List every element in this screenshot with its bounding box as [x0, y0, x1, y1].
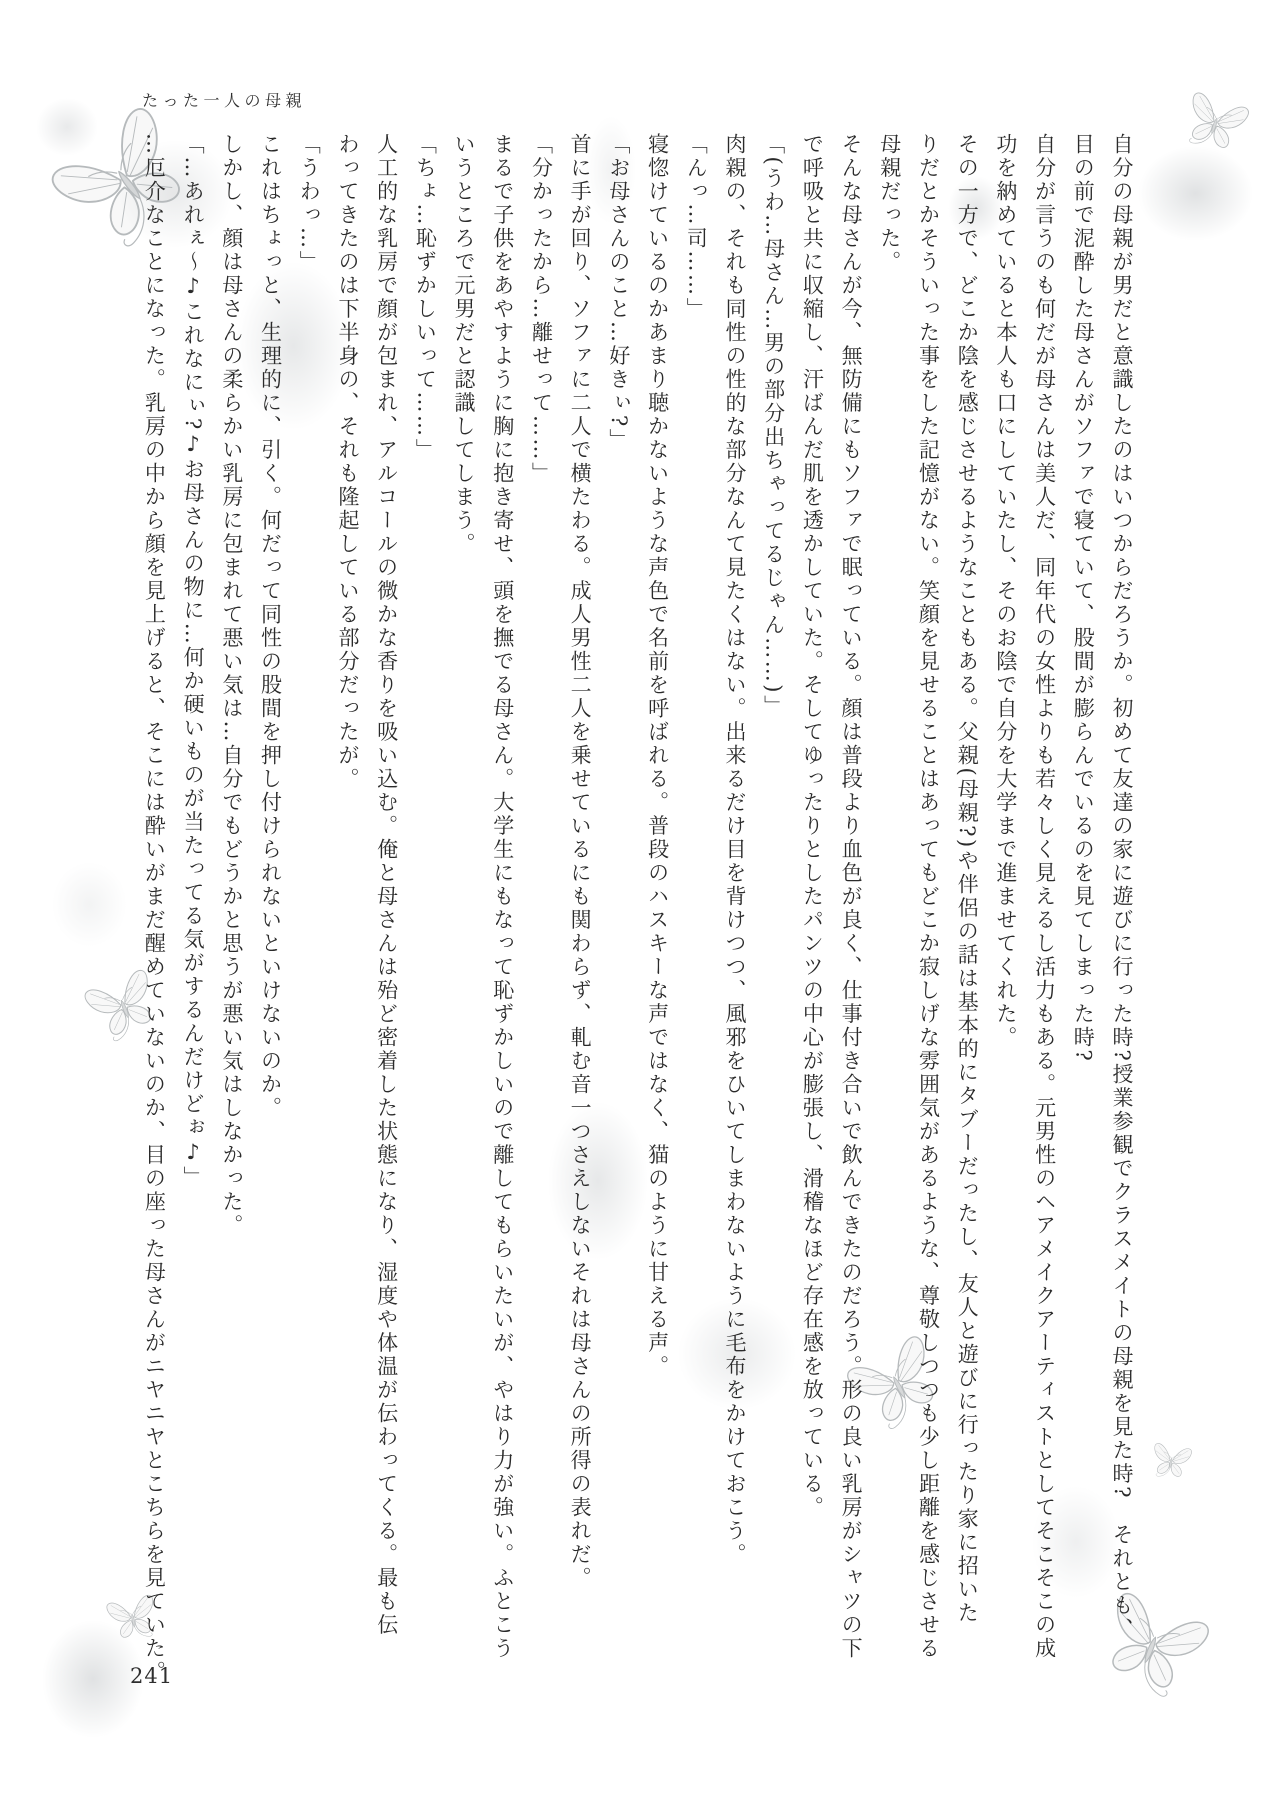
blur-spot: [1138, 146, 1253, 241]
text-column-3: 自分が言うのも何だが母さんは美人だ、同年代の女性よりも若々しく見えるし活力もある…: [1025, 133, 1064, 1678]
blur-spot: [42, 1620, 144, 1738]
text-column-21: わってきたのは下半身の、それも隆起している部分だったが。: [328, 133, 367, 1678]
butterfly-icon: [1172, 76, 1258, 172]
text-column-12: 「んっ…司……」: [677, 133, 716, 1678]
text-column-6: りだとかそういった事をした記憶がない。笑顔を見せることはあってもどこか寂しげな雰…: [909, 133, 948, 1678]
text-column-14: 「お母さんのこと…好きぃ?」: [599, 133, 638, 1678]
text-column-4: 功を納めていると本人も口にしていたし、そのお陰で自分を大学まで進ませてくれた。: [986, 133, 1025, 1678]
text-column-8: そんな母さんが今、無防備にもソファで眠っている。顔は普段より血色が良く、仕事付き…: [831, 133, 870, 1678]
text-column-22: 「うわっ…」: [290, 133, 329, 1678]
text-column-19: 「ちょ…恥ずかしいって……」: [406, 133, 445, 1678]
text-column-10: 「(うわ…母さん…男の部分出ちゃってるじゃん……)」: [754, 133, 793, 1678]
text-column-16: 「分かったから…離せって……」: [522, 133, 561, 1678]
book-page: たった一人の母親 自分の母親が男だと意識したのはいつからだろうか。初めて友達の家…: [0, 0, 1280, 1808]
running-header: たった一人の母親: [142, 88, 306, 111]
text-column-20: 人工的な乳房で顔が包まれ、アルコールの微かな香りを吸い込む。俺と母さんは殆ど密着…: [367, 133, 406, 1678]
text-column-24: しかし、顔は母さんの柔らかい乳房に包まれて悪い気は…自分でもどうかと思うが悪い気…: [212, 133, 251, 1678]
text-column-25: 「…あれぇ〜♪これなにぃ?♪お母さんの物に…何か硬いものが当たってる気がするんだ…: [173, 133, 212, 1678]
text-column-1: 自分の母親が男だと意識したのはいつからだろうか。初めて友達の家に遊びに行った時?…: [1102, 133, 1141, 1678]
text-column-18: いうところで元男だと認識してしまう。: [444, 133, 483, 1678]
page-number: 241: [130, 1664, 173, 1688]
text-column-23: これはちょっと、生理的に、引く。何だって同性の股間を押し付けられないといけないの…: [251, 133, 290, 1678]
text-column-17: まるで子供をあやすように胸に抱き寄せ、頭を撫でる母さん。大学生にもなって恥ずかし…: [483, 133, 522, 1678]
blur-spot: [52, 862, 127, 947]
text-column-9: で呼吸と共に収縮し、汗ばんだ肌を透かしていた。そしてゆったりとしたパンツの中心が…: [793, 133, 832, 1678]
text-column-11: 肉親の、それも同性の性的な部分なんて見たくはない。出来るだけ目を背けつつ、風邪を…: [715, 133, 754, 1678]
text-column-13: 寝惚けているのかあまり聴かないような声色で名前を呼ばれる。普段のハスキーな声では…: [638, 133, 677, 1678]
text-columns: 自分の母親が男だと意識したのはいつからだろうか。初めて友達の家に遊びに行った時?…: [135, 133, 1141, 1678]
text-column-15: 首に手が回り、ソファに二人で横たわる。成人男性二人を乗せているにも関わらず、軋む…: [560, 133, 599, 1678]
text-column-26: …厄介なことになった。乳房の中から顔を見上げると、そこには酔いがまだ醒めていない…: [135, 133, 174, 1678]
text-column-2: 目の前で泥酔した母さんがソファで寝ていて、股間が膨らんでいるのを見てしまった時?: [1064, 133, 1103, 1678]
text-column-7: 母親だった。: [870, 133, 909, 1678]
butterfly-icon: [1145, 1438, 1197, 1485]
text-column-5: その一方で、どこか陰を感じさせるようなこともある。父親(母親?)や伴侶の話は基本…: [947, 133, 986, 1678]
blur-spot: [36, 98, 98, 156]
